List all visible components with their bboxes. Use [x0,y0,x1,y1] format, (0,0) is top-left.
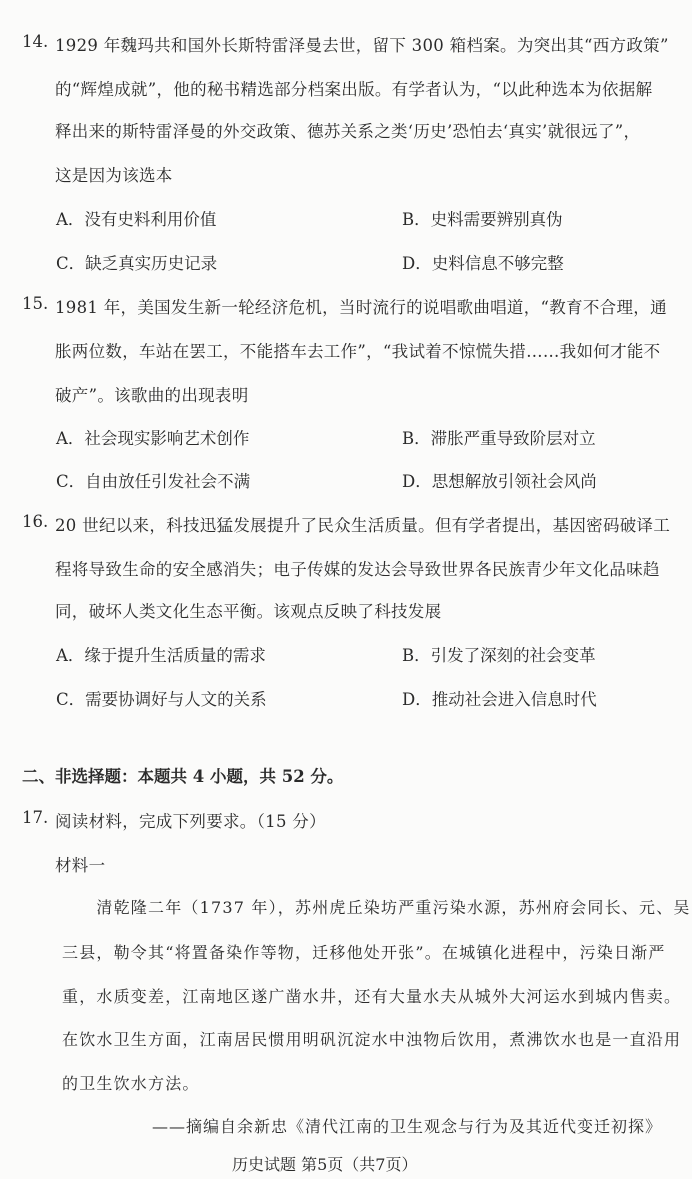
question-16-option-d[interactable]: D．推动社会进入信息时代 [402,686,597,710]
question-15-line-3: 破产”。该歌曲的出现表明 [55,382,249,406]
question-16-option-b[interactable]: B．引发了深刻的社会变革 [402,642,596,666]
material-line-4: 在饮水卫生方面，江南居民惯用明矾沉淀水中浊物后饮用，煮沸饮水也是一直沿用 [62,1027,681,1050]
material-source: ——摘编自余新忠《清代江南的卫生观念与行为及其近代变迁初探》 [152,1114,662,1137]
question-16-line-3: 同，破坏人类文化生态平衡。该观点反映了科技发展 [55,598,441,622]
page-footer: 历史试题 第5页（共7页） [232,1152,417,1175]
question-17-number: 17. [22,808,48,827]
question-16-line-1: 20 世纪以来，科技迅猛发展提升了民众生活质量。但有学者提出，基因密码破译工 [55,512,670,536]
question-15-line-2: 胀两位数，车站在罢工，不能搭车去工作”，“我试着不惊慌失措……我如何才能不 [55,338,660,362]
question-15-line-1: 1981 年，美国发生新一轮经济危机，当时流行的说唱歌曲唱道，“教育不合理，通 [55,294,667,318]
question-14-option-b[interactable]: B．史料需要辨别真伪 [402,206,563,230]
question-14-line-4: 这是因为该选本 [55,162,173,186]
material-label: 材料一 [55,852,105,876]
question-14-line-1: 1929 年魏玛共和国外长斯特雷泽曼去世，留下 300 箱档案。为突出其“西方政… [55,32,669,56]
question-14-option-c[interactable]: C．缺乏真实历史记录 [56,250,217,274]
question-14-option-a[interactable]: A．没有史料利用价值 [56,206,216,230]
question-15-option-c[interactable]: C．自由放任引发社会不满 [56,468,250,492]
question-14-line-3: 释出来的斯特雷泽曼的外交政策、德苏关系之类‘历史’恐怕去‘真实’就很远了”， [55,118,640,142]
question-14-option-d[interactable]: D．史料信息不够完整 [402,250,564,274]
question-15-number: 15. [22,294,48,313]
question-16-option-c[interactable]: C．需要协调好与人文的关系 [56,686,267,710]
section-2-heading: 二、非选择题：本题共 4 小题，共 52 分。 [22,763,343,787]
material-line-1: 清乾隆二年（1737 年），苏州虎丘染坊严重污染水源，苏州府会同长、元、吴 [62,895,691,918]
question-14-number: 14. [22,32,48,51]
question-16-number: 16. [22,512,48,531]
question-15-option-a[interactable]: A．社会现实影响艺术创作 [56,425,249,449]
question-15-option-d[interactable]: D．思想解放引领社会风尚 [402,468,597,492]
question-15-option-b[interactable]: B．滞胀严重导致阶层对立 [402,425,596,449]
question-16-line-2: 程将导致生命的安全感消失；电子传媒的发达会导致世界各民族青少年文化品味趋 [55,556,660,580]
material-line-2: 三县，勒令其“将置备染作等物，迁移他处开张”。在城镇化进程中，污染日渐严 [62,940,666,963]
material-line-5: 的卫生饮水方法。 [62,1071,200,1094]
question-17-prompt: 阅读材料，完成下列要求。（15 分） [55,808,326,832]
material-line-3: 重，水质变差，江南地区遂广凿水井，还有大量水夫从城外大河运水到城内售卖。 [62,984,681,1007]
question-14-line-2: 的“辉煌成就”，他的秘书精选部分档案出版。有学者认为，“以此种选本为依据解 [55,76,652,100]
question-16-option-a[interactable]: A．缘于提升生活质量的需求 [56,642,266,666]
